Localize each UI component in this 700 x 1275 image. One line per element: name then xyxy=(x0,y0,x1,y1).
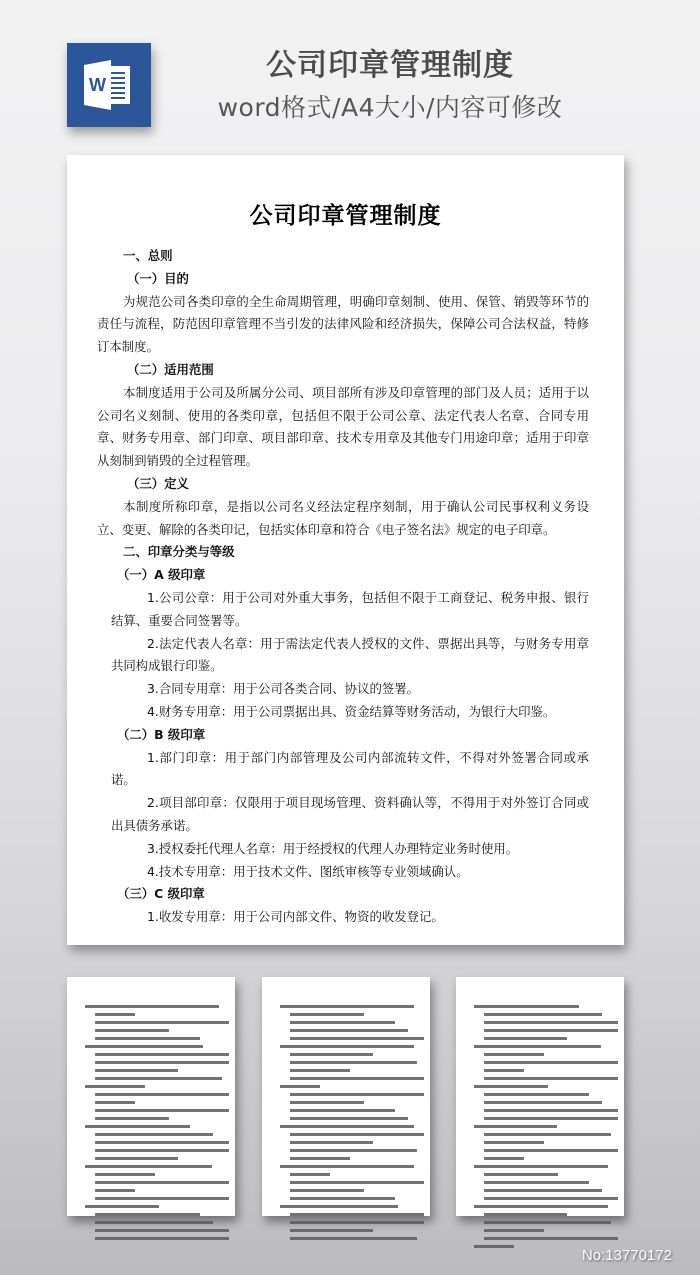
text-line-placeholder xyxy=(290,1061,417,1064)
text-line-placeholder xyxy=(85,1165,212,1168)
text-line-placeholder xyxy=(290,1133,424,1136)
list-item: 2.法定代表人名章：用于需法定代表人授权的文件、票据出具等，与财务专用章共同构成… xyxy=(97,633,589,679)
list-item: 2.项目部印章：仅限用于项目现场管理、资料确认等，不得用于对外签订合同或出具债务… xyxy=(97,792,589,838)
section-heading: 一、总则 xyxy=(97,245,589,268)
list-item: 1.部门印章：用于部门内部管理及公司内部流转文件，不得对外签署合同或承诺。 xyxy=(97,747,589,793)
list-item: 1.收发专用章：用于公司内部文件、物资的收发登记。 xyxy=(97,906,589,929)
subsection-heading: （二）适用范围 xyxy=(97,359,589,382)
text-line-placeholder xyxy=(290,1157,350,1160)
text-line-placeholder xyxy=(95,1237,229,1240)
text-line-placeholder xyxy=(484,1237,618,1240)
document-body: 一、总则（一）目的为规范公司各类印章的全生命周期管理，明确印章刻制、使用、保管、… xyxy=(97,245,589,929)
subsection-heading: （一）目的 xyxy=(97,268,589,291)
text-line-placeholder xyxy=(484,1037,567,1040)
page-thumbnail-3 xyxy=(456,977,624,1216)
text-line-placeholder xyxy=(95,1029,169,1032)
text-line-placeholder xyxy=(95,1189,135,1192)
text-line-placeholder xyxy=(290,1037,424,1040)
serial-number: No:13770172 xyxy=(582,1247,672,1264)
text-line-placeholder xyxy=(85,1125,190,1128)
text-line-placeholder xyxy=(290,1053,373,1056)
text-line-placeholder xyxy=(290,1117,408,1120)
text-line-placeholder xyxy=(484,1013,602,1016)
text-line-placeholder xyxy=(95,1061,229,1064)
text-line-placeholder xyxy=(95,1069,178,1072)
page-thumbnail-2 xyxy=(262,977,430,1216)
text-line-placeholder xyxy=(484,1221,611,1224)
text-line-placeholder xyxy=(484,1029,618,1032)
text-line-placeholder xyxy=(95,1101,135,1104)
text-line-placeholder xyxy=(484,1117,618,1120)
document-page-preview: 公司印章管理制度 一、总则（一）目的为规范公司各类印章的全生命周期管理，明确印章… xyxy=(67,155,624,945)
text-line-placeholder xyxy=(95,1221,213,1224)
text-line-placeholder xyxy=(484,1069,524,1072)
text-line-placeholder xyxy=(484,1197,618,1200)
text-line-placeholder xyxy=(280,1085,320,1088)
paragraph: 本制度所称印章，是指以公司名义经法定程序刻制，用于确认公司民事权利义务设立、变更… xyxy=(97,496,589,542)
text-line-placeholder xyxy=(290,1149,417,1152)
text-line-placeholder xyxy=(95,1013,135,1016)
text-line-placeholder xyxy=(484,1101,602,1104)
document-title: 公司印章管理制度 xyxy=(67,197,624,230)
text-line-placeholder xyxy=(484,1061,618,1064)
text-line-placeholder xyxy=(290,1069,350,1072)
text-line-placeholder xyxy=(474,1045,601,1048)
text-line-placeholder xyxy=(290,1189,364,1192)
text-line-placeholder xyxy=(95,1173,155,1176)
text-line-placeholder xyxy=(290,1181,424,1184)
word-letter: W xyxy=(84,60,111,110)
text-line-placeholder xyxy=(484,1229,544,1232)
paragraph: 为规范公司各类印章的全生命周期管理，明确印章刻制、使用、保管、销毁等环节的责任与… xyxy=(97,291,589,359)
paragraph: 本制度适用于公司及所属分公司、项目部所有涉及印章管理的部门及人员；适用于以公司名… xyxy=(97,382,589,473)
text-line-placeholder xyxy=(95,1093,229,1096)
text-line-placeholder xyxy=(290,1101,364,1104)
text-line-placeholder xyxy=(290,1229,373,1232)
text-line-placeholder xyxy=(484,1189,602,1192)
text-line-placeholder xyxy=(95,1229,229,1232)
subsection-heading: （三）定义 xyxy=(97,473,589,496)
subsection-heading: （一）A 级印章 xyxy=(97,564,589,587)
subsection-heading: （三）C 级印章 xyxy=(97,883,589,906)
text-line-placeholder xyxy=(95,1133,213,1136)
text-line-placeholder xyxy=(290,1093,424,1096)
text-line-placeholder xyxy=(280,1045,414,1048)
text-line-placeholder xyxy=(290,1077,424,1080)
list-item: 3.合同专用章：用于公司各类合同、协议的签署。 xyxy=(97,678,589,701)
header-title: 公司印章管理制度 xyxy=(180,40,600,84)
text-line-placeholder xyxy=(290,1021,395,1024)
text-line-placeholder xyxy=(484,1157,524,1160)
text-line-placeholder xyxy=(95,1149,229,1152)
text-line-placeholder xyxy=(290,1173,330,1176)
text-line-placeholder xyxy=(95,1157,178,1160)
text-line-placeholder xyxy=(484,1053,544,1056)
text-line-placeholder xyxy=(484,1133,611,1136)
text-line-placeholder xyxy=(474,1245,514,1248)
text-line-placeholder xyxy=(484,1173,558,1176)
header: W 公司印章管理制度 word格式/A4大小/内容可修改 xyxy=(0,0,700,150)
text-line-placeholder xyxy=(95,1197,229,1200)
text-line-placeholder xyxy=(290,1141,373,1144)
text-line-placeholder xyxy=(290,1237,417,1240)
text-line-placeholder xyxy=(474,1205,608,1208)
text-line-placeholder xyxy=(280,1205,398,1208)
text-line-placeholder xyxy=(290,1109,395,1112)
text-line-placeholder xyxy=(474,1005,579,1008)
text-line-placeholder xyxy=(484,1213,567,1216)
text-line-placeholder xyxy=(484,1021,618,1024)
text-line-placeholder xyxy=(474,1125,557,1128)
text-line-placeholder xyxy=(85,1205,159,1208)
text-line-placeholder xyxy=(484,1109,618,1112)
text-line-placeholder xyxy=(290,1197,395,1200)
list-item: 4.财务专用章：用于公司票据出具、资金结算等财务活动，为银行大印鉴。 xyxy=(97,701,589,724)
page-thumbnail-1 xyxy=(67,977,235,1216)
list-item: 3.授权委托代理人名章：用于经授权的代理人办理特定业务时使用。 xyxy=(97,838,589,861)
text-line-placeholder xyxy=(290,1213,424,1216)
text-line-placeholder xyxy=(290,1013,364,1016)
text-line-placeholder xyxy=(474,1165,608,1168)
text-line-placeholder xyxy=(484,1181,589,1184)
text-line-placeholder xyxy=(95,1037,200,1040)
text-line-placeholder xyxy=(290,1029,408,1032)
text-line-placeholder xyxy=(484,1149,618,1152)
text-line-placeholder xyxy=(280,1125,414,1128)
text-line-placeholder xyxy=(484,1093,589,1096)
list-item: 4.技术专用章：用于技术文件、图纸审核等专业领域确认。 xyxy=(97,861,589,884)
text-line-placeholder xyxy=(484,1141,544,1144)
text-line-placeholder xyxy=(280,1005,414,1008)
text-line-placeholder xyxy=(95,1109,229,1112)
text-line-placeholder xyxy=(474,1085,548,1088)
subsection-heading: （二）B 级印章 xyxy=(97,724,589,747)
text-line-placeholder xyxy=(85,1005,219,1008)
text-line-placeholder xyxy=(95,1141,229,1144)
text-line-placeholder xyxy=(95,1053,229,1056)
text-line-placeholder xyxy=(85,1085,145,1088)
text-line-placeholder xyxy=(280,1165,414,1168)
list-item: 1.公司公章：用于公司对外重大事务，包括但不限于工商登记、税务申报、银行结算、重… xyxy=(97,587,589,633)
text-line-placeholder xyxy=(95,1077,222,1080)
text-line-placeholder xyxy=(95,1181,229,1184)
text-line-placeholder xyxy=(95,1021,229,1024)
text-line-placeholder xyxy=(85,1045,203,1048)
section-heading: 二、印章分类与等级 xyxy=(97,541,589,564)
word-document-icon: W xyxy=(67,43,151,127)
text-line-placeholder xyxy=(95,1213,200,1216)
text-line-placeholder xyxy=(484,1077,618,1080)
text-line-placeholder xyxy=(95,1117,169,1120)
header-subtitle: word格式/A4大小/内容可修改 xyxy=(180,88,600,124)
text-line-placeholder xyxy=(290,1221,424,1224)
